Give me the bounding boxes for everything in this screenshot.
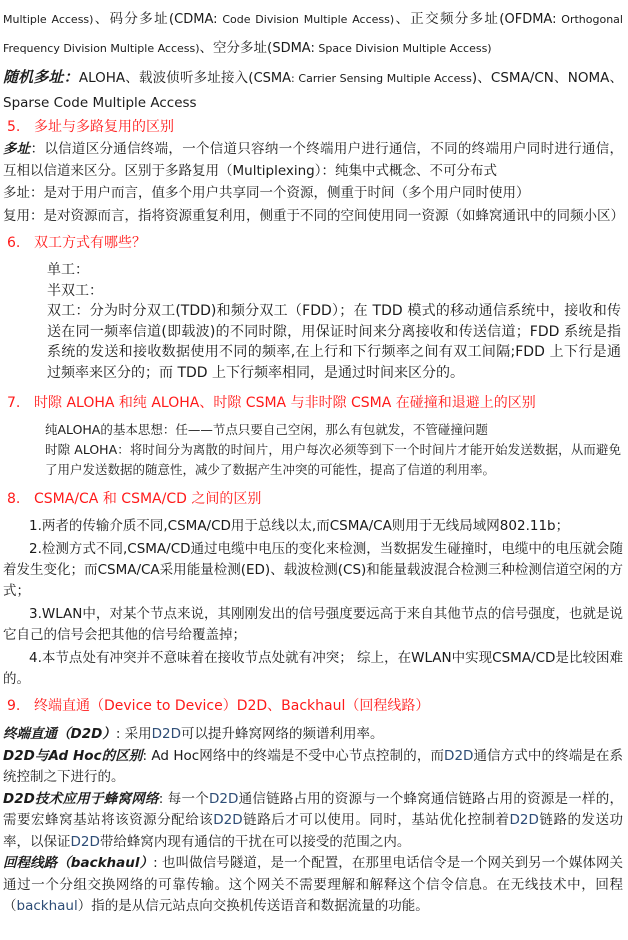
text-run: 多址：是对于用户而言，值多个用户共享同一个资源，侧重于时间（多个用户同时使用） xyxy=(3,185,530,201)
text-run: ）指的是从信元站点向交换机传送语音和数据流量的功能。 xyxy=(78,898,429,914)
paragraph: 多址：以信道区分通信终端，一个信道只容纳一个终端用户进行通信，不同的终端用户同时… xyxy=(3,139,623,182)
term-duozhi: 多址 xyxy=(3,141,31,157)
text-run: 可以提升蜂窝网络的频谱利用率。 xyxy=(181,726,384,742)
paragraph: 4.本节点处有冲突并不意味着在接收节点处就有冲突； 综上，在WLAN中实现CSM… xyxy=(3,648,623,690)
section-5-body: 多址：以信道区分通信终端，一个信道只容纳一个终端用户进行通信，不同的终端用户同时… xyxy=(3,139,623,227)
text-run: : Ad Hoc网络中的终端是不受中心节点控制的，而 xyxy=(142,748,444,764)
heading-title: 双工方式有哪些？ xyxy=(34,235,623,252)
paragraph: 2.检测方式不同,CSMA/CD通过电缆中电压的变化来检测，当数据发生碰撞时，电… xyxy=(3,539,623,602)
text-run: 、码分多址( xyxy=(93,11,174,27)
heading-number: 6. xyxy=(3,235,34,252)
heading-number: 8. xyxy=(3,491,34,508)
term-random-access: 随机多址： xyxy=(3,68,79,86)
text-run: 半双工： xyxy=(47,283,103,299)
paragraph: 3.WLAN中，对某个节点来说，其刚刚发出的信号强度要远高于来自其他节点的信号强… xyxy=(3,604,623,646)
term-backhaul: 回程线路（backhaul） xyxy=(3,855,153,871)
text-run-d2d: D2D xyxy=(152,726,181,742)
text-run: 复用：是对资源而言，指将资源重复利用，侧重于不同的空间使用同一资源（如蜂窝通讯中… xyxy=(3,208,624,224)
paragraph: 复用：是对资源而言，指将资源重复利用，侧重于不同的空间使用同一资源（如蜂窝通讯中… xyxy=(3,206,623,228)
heading-section-7: 7.时隙 ALOHA 和纯 ALOHA、时隙 CSMA 与非时隙 CSMA 在碰… xyxy=(3,395,623,412)
text-run: 2.检测方式不同,CSMA/CD通过电缆中电压的变化来检测，当数据发生碰撞时，电… xyxy=(3,541,623,599)
text-run: 、正交频分多址( xyxy=(394,11,504,27)
document-page: Multiple Access)、码分多址(CDMA: Code Divisio… xyxy=(0,0,628,940)
heading-title: 时隙 ALOHA 和纯 ALOHA、时隙 CSMA 与非时隙 CSMA 在碰撞和… xyxy=(34,395,623,412)
text-run: CDMA: xyxy=(174,12,217,27)
text-run: 双工：分为时分双工(TDD)和频分双工（FDD）；在 TDD 模式的移动通信系统… xyxy=(47,303,621,381)
text-run: 单工： xyxy=(47,262,89,278)
text-run: 、空分多址( xyxy=(200,40,273,56)
section-7-body: 纯ALOHA的基本思想：任——节点只要自己空闲，那么有包就发，不管碰撞问题 时隙… xyxy=(45,420,621,480)
text-run: 带给蜂窝内现有通信的干扰在可以接受的范围之内。 xyxy=(100,834,411,850)
text-run: 3.WLAN中，对某个节点来说，其刚刚发出的信号强度要远高于来自其他节点的信号强… xyxy=(3,606,623,643)
text-run: : Carrier Sensing Multiple Access xyxy=(291,72,472,85)
heading-section-6: 6.双工方式有哪些？ xyxy=(3,235,623,252)
section-9-body: 终端直通（D2D）: 采用D2D可以提升蜂窝网络的频谱利用率。 D2D与Ad H… xyxy=(3,724,623,918)
heading-number: 7. xyxy=(3,395,34,412)
paragraph-random-multiple-access: 随机多址：ALOHA、载波侦听多址接入(CSMA: Carrier Sensin… xyxy=(3,65,623,115)
text-run: 链路后才可以使用。同时，基站优化控制着 xyxy=(243,812,510,828)
term-d2d: 终端直通（D2D） xyxy=(3,726,116,742)
paragraph: 时隙 ALOHA：将时间分为离散的时间片，用户每次必须等到下一个时间片才能开始发… xyxy=(45,440,621,480)
term-d2d-cellular: D2D技术应用于蜂窝网络 xyxy=(3,791,159,807)
text-run: 时隙 ALOHA：将时间分为离散的时间片，用户每次必须等到下一个时间片才能开始发… xyxy=(45,442,621,477)
section-6-body: 单工： 半双工： 双工：分为时分双工(TDD)和频分双工（FDD）；在 TDD … xyxy=(47,260,621,383)
text-run: : 采用 xyxy=(116,726,152,742)
text-run-d2d: D2D xyxy=(71,834,100,850)
heading-number: 9. xyxy=(3,698,34,715)
text-run: CSMA xyxy=(254,71,291,86)
paragraph: 半双工： xyxy=(47,281,621,302)
text-run-d2d: D2D xyxy=(444,748,473,764)
paragraph: 双工：分为时分双工(TDD)和频分双工（FDD）；在 TDD 模式的移动通信系统… xyxy=(47,301,621,383)
paragraph: 1.两者的传输介质不同,CSMA/CD用于总线以太,而CSMA/CA则用于无线局… xyxy=(3,516,623,537)
paragraph-backhaul: 回程线路（backhaul）: 也叫做信号隧道，是一个配置，在那里电话信令是一个… xyxy=(3,853,623,918)
paragraph-d2d-vs-adhoc: D2D与Ad Hoc的区别: Ad Hoc网络中的终端是不受中心节点控制的，而D… xyxy=(3,746,623,789)
text-run-d2d: D2D xyxy=(510,812,539,828)
paragraph: 单工： xyxy=(47,260,621,281)
term-d2d-vs-adhoc: D2D与Ad Hoc的区别 xyxy=(3,748,142,764)
paragraph: 纯ALOHA的基本思想：任——节点只要自己空闲，那么有包就发，不管碰撞问题 xyxy=(45,420,621,440)
text-run-d2d: D2D xyxy=(209,791,238,807)
paragraph-fixed-multiple-access: Multiple Access)、码分多址(CDMA: Code Divisio… xyxy=(3,5,623,63)
heading-title: CSMA/CA 和 CSMA/CD 之间的区别 xyxy=(34,491,623,508)
heading-section-9: 9.终端直通（Device to Device）D2D、Backhaul（回程线… xyxy=(3,698,623,715)
heading-section-8: 8.CSMA/CA 和 CSMA/CD 之间的区别 xyxy=(3,491,623,508)
text-run: 4.本节点处有冲突并不意味着在接收节点处就有冲突； 综上，在WLAN中实现CSM… xyxy=(3,650,623,687)
heading-number: 5. xyxy=(3,119,34,136)
paragraph: 多址：是对于用户而言，值多个用户共享同一个资源，侧重于时间（多个用户同时使用） xyxy=(3,183,623,205)
text-run: Space Division Multiple Access) xyxy=(315,42,492,55)
paragraph-d2d-cellular: D2D技术应用于蜂窝网络: 每一个D2D通信链路占用的资源与一个蜂窝通信链路占用… xyxy=(3,789,623,854)
text-run: OFDMA: xyxy=(505,12,557,27)
text-run-d2d: D2D xyxy=(213,812,242,828)
text-run: : 每一个 xyxy=(159,791,209,807)
text-run: ：以信道区分通信终端，一个信道只容纳一个终端用户进行通信，不同的终端用户同时进行… xyxy=(3,141,623,179)
text-run: Code Division Multiple Access) xyxy=(218,13,395,26)
text-run: SDMA: xyxy=(272,41,315,56)
text-run-backhaul: backhaul xyxy=(17,898,78,914)
text-run: 1.两者的传输介质不同,CSMA/CD用于总线以太,而CSMA/CA则用于无线局… xyxy=(29,518,569,534)
text-run: Multiple Access) xyxy=(3,13,93,26)
heading-title: 终端直通（Device to Device）D2D、Backhaul（回程线路） xyxy=(34,698,623,715)
heading-section-5: 5.多址与多路复用的区别 xyxy=(3,119,623,136)
heading-title: 多址与多路复用的区别 xyxy=(34,119,623,136)
text-run: ALOHA、载波侦听多址接入( xyxy=(79,70,254,86)
paragraph-d2d-definition: 终端直通（D2D）: 采用D2D可以提升蜂窝网络的频谱利用率。 xyxy=(3,724,623,746)
text-run: 纯ALOHA的基本思想：任——节点只要自己空闲，那么有包就发，不管碰撞问题 xyxy=(45,422,488,437)
section-8-body: 1.两者的传输介质不同,CSMA/CD用于总线以太,而CSMA/CA则用于无线局… xyxy=(3,516,623,690)
